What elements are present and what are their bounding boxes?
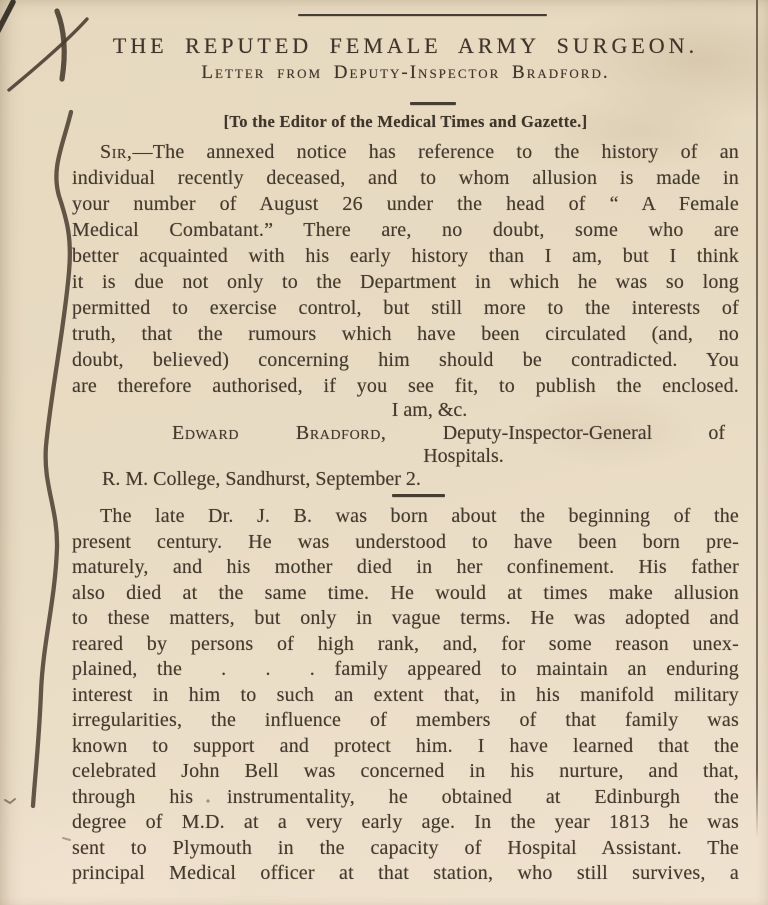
text-line: plained, the . . . family appeared to ma…	[72, 657, 739, 683]
signature-title-text: Deputy-Inspector-General of	[387, 422, 725, 444]
subtitle-ornament-rule	[410, 102, 456, 105]
salutation-smallcaps: Sir,	[100, 141, 133, 163]
text-line: Medical Combatant.” There are, no doubt,…	[72, 217, 739, 243]
pen-x-mark-vertical	[57, 11, 64, 79]
line-text: —The annexed notice has reference to the…	[133, 141, 739, 163]
text-line: your number of August 26 under the head …	[72, 191, 739, 217]
scanned-document-page: THE REPUTED FEMALE ARMY SURGEON. Letter …	[0, 0, 768, 905]
text-line: celebrated John Bell was concerned in hi…	[72, 759, 739, 785]
text-line: truth, that the rumours which have been …	[72, 321, 739, 347]
text-line: maturely, and his mother died in her con…	[72, 555, 739, 581]
text-line: individual recently deceased, and to who…	[72, 165, 739, 191]
letter-signature: Edward Bradford, Deputy-Inspector-Genera…	[72, 422, 739, 445]
text-line: also died at the same time. He would at …	[72, 581, 739, 607]
letter-signature-continuation: Hospitals.	[130, 445, 768, 468]
ink-speck-dash	[63, 838, 70, 840]
text-line: to these matters, but only in vague term…	[72, 606, 739, 632]
text-line: principal Medical officer at that statio…	[72, 861, 739, 887]
text-line: irregularities, the influence of members…	[72, 708, 739, 734]
text-line: interest in him to such an extent that, …	[72, 683, 739, 709]
text-line: through his instrumentality, he obtained…	[72, 785, 739, 811]
section-divider-rule	[392, 494, 445, 497]
signature-name-smallcaps: Edward Bradford,	[172, 422, 387, 444]
editor-address-line: [To the Editor of the Medical Times and …	[72, 112, 739, 132]
text-line: doubt, believed) concerning him should b…	[72, 347, 739, 373]
text-line: it is due not only to the Department in …	[72, 269, 739, 295]
letter-dateline: R. M. College, Sandhurst, September 2.	[72, 468, 739, 491]
text-line: known to support and protect him. I have…	[72, 734, 739, 760]
pen-margin-emphasis-line	[33, 112, 71, 806]
text-line: reared by persons of high rank, and, for…	[72, 632, 739, 658]
text-line: The late Dr. J. B. was born about the be…	[72, 504, 739, 530]
ink-speck-check	[5, 799, 15, 803]
text-line: better acquainted with his early history…	[72, 243, 739, 269]
text-line: present century. He was understood to ha…	[72, 530, 739, 556]
text-line: sent to Plymouth in the capacity of Hosp…	[72, 836, 739, 862]
text-line: permitted to exercise control, but still…	[72, 295, 739, 321]
text-line: are therefore authorised, if you see fit…	[72, 373, 739, 399]
article-body: The late Dr. J. B. was born about the be…	[72, 504, 739, 887]
text-column: THE REPUTED FEMALE ARMY SURGEON. Letter …	[72, 0, 739, 905]
text-line: Sir,—The annexed notice has reference to…	[72, 139, 739, 165]
scan-edge-corner-mark	[0, 2, 13, 31]
letter-valediction: I am, &c.	[96, 399, 763, 422]
article-subtitle: Letter from Deputy-Inspector Bradford.	[72, 62, 739, 84]
letter-body: Sir,—The annexed notice has reference to…	[72, 139, 739, 399]
article-title: THE REPUTED FEMALE ARMY SURGEON.	[72, 33, 739, 59]
text-line: degree of M.D. at a very early age. In t…	[72, 810, 739, 836]
